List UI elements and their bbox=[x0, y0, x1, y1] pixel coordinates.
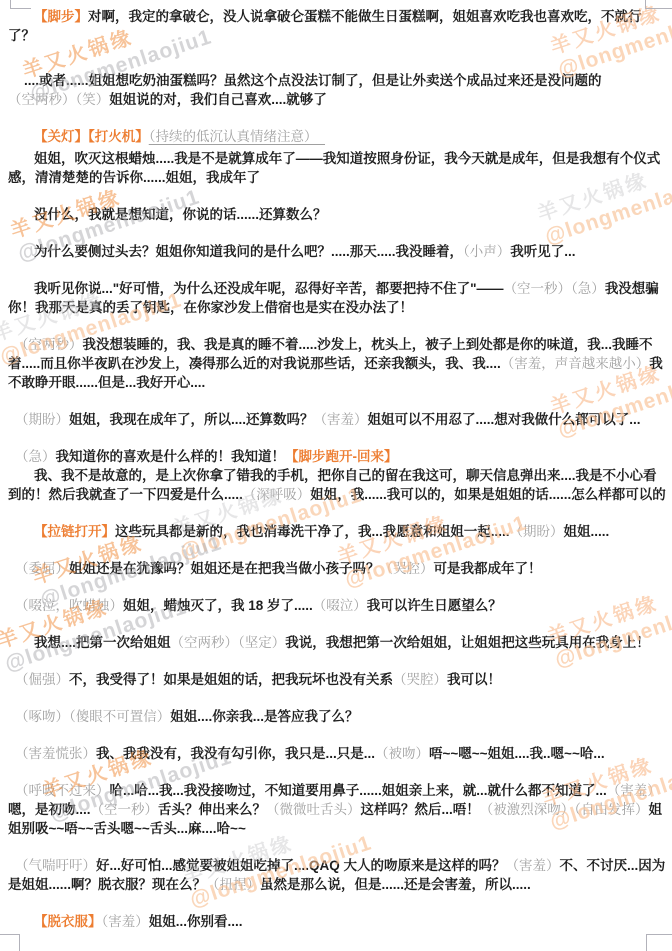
script-paragraph: （啄吻）（傻眼不可置信）姐姐....你亲我...是答应我了么？ bbox=[8, 707, 666, 726]
stage-direction: （空一秒）（急） bbox=[504, 281, 605, 296]
dialogue-text: 虽然是那么说，但是......还是会害羞，所以..... bbox=[260, 877, 531, 892]
script-paragraph: 姐姐，吹灭这根蜡烛.....我是不是就算成年了——我知道按照身份证，我今天就是成… bbox=[8, 149, 666, 187]
script-paragraph: 【脚步】对啊，我定的拿破仑，没人说拿破仑蛋糕不能做生日蛋糕啊，姐姐喜欢吃我也喜欢… bbox=[8, 7, 666, 45]
script-paragraph: 我听见你说..."好可惜，为什么还没成年呢，忍得好辛苦，都要把持不住了"——（空… bbox=[8, 279, 666, 317]
script-paragraph: （呼吸不过来）哈...哈...我...我没接吻过，不知道要用鼻子......姐姐… bbox=[8, 781, 666, 838]
dialogue-text: 我说，我想把第一次给姐姐，让姐姐把这些玩具用在我身上！ bbox=[285, 635, 650, 650]
script-paragraph: 【脱衣服】（害羞）姐姐...你别看.... bbox=[8, 912, 666, 931]
table-border-corner-bottom-left bbox=[0, 934, 20, 951]
dialogue-text: 哈...哈...我...我没接吻过，不知道要用鼻子......姐姐亲上来，就..… bbox=[110, 783, 607, 798]
dialogue-text: 不，我受得了！如果是姐姐的话，把我玩坏也没有关系 bbox=[69, 672, 393, 687]
sound-effect-tag: 【脱衣服】 bbox=[34, 914, 102, 929]
dialogue-text: 可是我都成年了！ bbox=[434, 561, 542, 576]
table-border-corner-bottom-right bbox=[646, 934, 672, 951]
dialogue-text: 姐姐...你别看.... bbox=[149, 914, 243, 929]
stage-direction: （被激烈深吻）（自由发挥） bbox=[480, 802, 649, 817]
sound-effect-tag: 【脚步跑开-回来】 bbox=[285, 449, 398, 464]
dialogue-text: 姐姐，蜡烛灭了，我 18 岁了..... bbox=[123, 598, 313, 613]
stage-direction: （空一秒） bbox=[91, 802, 159, 817]
stage-direction: （微微吐舌头） bbox=[266, 802, 361, 817]
script-paragraph: 【拉链打开】这些玩具都是新的，我也消毒洗干净了，我...我愿意和姐姐一起....… bbox=[8, 522, 666, 541]
script-paragraph: 为什么要侧过头去？姐姐你知道我问的是什么吧？.....那天.....我没睡着，（… bbox=[8, 242, 666, 261]
dialogue-text: 唔~~嗯~~姐姐....我..嗯~~哈... bbox=[429, 746, 605, 761]
dialogue-text: 没什么，我就是想知道，你说的话......还算数么？ bbox=[34, 207, 327, 222]
stage-direction: （害羞） bbox=[102, 914, 149, 929]
stage-direction: （害羞慌张） bbox=[15, 746, 96, 761]
stage-direction: （啜泣，吹蜡烛） bbox=[15, 598, 123, 613]
dialogue-text: 姐姐可以不用忍了.....想对我做什么都可以了... bbox=[368, 412, 641, 427]
dialogue-text: 好...好可怕...感觉要被姐姐吃掉了....QAQ 大人的吻原来是这样的吗？ bbox=[96, 858, 506, 873]
sound-effect-tag: 【关灯】【打火机】 bbox=[34, 129, 149, 144]
dialogue-text: 我听见你说..."好可惜，为什么还没成年呢，忍得好辛苦，都要把持不住了"—— bbox=[34, 281, 504, 296]
stage-direction: （害羞） bbox=[314, 412, 368, 427]
stage-direction: （扭捏） bbox=[206, 877, 260, 892]
dialogue-text: 姐姐，我现在成年了，所以....还算数吗？ bbox=[69, 412, 314, 427]
script-page: { "page": { "background": "#ffffff", "ta… bbox=[0, 0, 672, 951]
dialogue-text: 姐姐，我......我可以的，如果是姐姐的话......怎么样都可以的 bbox=[310, 487, 666, 502]
dialogue-text: 我想....把第一次给姐姐 bbox=[34, 635, 171, 650]
dialogue-text: 舌头？伸出来么？ bbox=[158, 802, 266, 817]
script-paragraph: （期盼）姐姐，我现在成年了，所以....还算数吗？（害羞）姐姐可以不用忍了...… bbox=[8, 410, 666, 429]
stage-direction: （空两秒）（坚定） bbox=[171, 635, 286, 650]
dialogue-text: 我、我我没有，我没有勾引你，我只是...只是... bbox=[96, 746, 375, 761]
stage-direction: （急） bbox=[15, 449, 56, 464]
script-paragraph: （空两秒）我没想装睡的，我、我是真的睡不着.....沙发上，枕头上，被子上到处都… bbox=[8, 335, 666, 392]
dialogue-text: 姐姐还是在犹豫吗？姐姐还是在把我当做小孩子吗？ bbox=[69, 561, 380, 576]
dialogue-text: 这些玩具都是新的，我也消毒洗干净了，我...我愿意和姐姐一起..... bbox=[115, 524, 510, 539]
script-paragraph: （啜泣，吹蜡烛）姐姐，蜡烛灭了，我 18 岁了.....（啜泣）我可以许生日愿望… bbox=[8, 596, 666, 615]
stage-direction: （哭腔） bbox=[380, 561, 434, 576]
script-paragraph: （委屈）姐姐还是在犹豫吗？姐姐还是在把我当做小孩子吗？（哭腔）可是我都成年了！ bbox=[8, 559, 666, 578]
stage-direction: （啜泣） bbox=[313, 598, 367, 613]
script-paragraph: （急）我知道你的喜欢是什么样的！我知道！【脚步跑开-回来】 bbox=[8, 447, 666, 466]
dialogue-text: 嗯，是初吻.... bbox=[8, 802, 91, 817]
table-border-corner-top-left bbox=[10, 0, 31, 9]
dialogue-text: 姐姐，吹灭这根蜡烛.....我是不是就算成年了——我知道按照身份证，我今天就是成… bbox=[8, 151, 660, 185]
sound-effect-tag: 【拉链打开】 bbox=[34, 524, 115, 539]
stage-direction: （小声） bbox=[463, 244, 510, 259]
dialogue-text: 对啊，我定的拿破仑，没人说拿破仑蛋糕不能做生日蛋糕啊，姐姐喜欢吃我也喜欢吃，不就… bbox=[8, 9, 642, 43]
dialogue-text: 为什么要侧过头去？姐姐你知道我问的是什么吧？.....那天.....我没睡着， bbox=[34, 244, 463, 259]
script-paragraph: 我、我不是故意的，是上次你拿了错我的手机，把你自己的留在我这可，聊天信息弹出来.… bbox=[8, 466, 666, 504]
dialogue-text: 姐姐....你亲我...是答应我了么？ bbox=[170, 709, 358, 724]
stage-direction: （气喘吁吁） bbox=[15, 858, 96, 873]
stage-direction: （害羞） bbox=[607, 783, 661, 798]
script-paragraph: （倔强）不，我受得了！如果是姐姐的话，把我玩坏也没有关系（哭腔）我可以！ bbox=[8, 670, 666, 689]
dialogue-text: 我可以！ bbox=[447, 672, 501, 687]
dialogue-text: 姐姐说的对，我们自己喜欢....就够了 bbox=[109, 92, 327, 107]
stage-direction: （害羞） bbox=[506, 858, 560, 873]
stage-direction: （被吻） bbox=[375, 746, 429, 761]
dialogue-text: 姐姐..... bbox=[564, 524, 610, 539]
sound-effect-tag: 【脚步】 bbox=[34, 9, 88, 24]
script-paragraph: 【关灯】【打火机】（持续的低沉认真情绪注意） bbox=[8, 127, 666, 146]
script-paragraph: 没什么，我就是想知道，你说的话......还算数么？ bbox=[8, 205, 666, 224]
script-body: 【脚步】对啊，我定的拿破仑，没人说拿破仑蛋糕不能做生日蛋糕啊，姐姐喜欢吃我也喜欢… bbox=[8, 7, 666, 949]
dialogue-text: 我知道你的喜欢是什么样的！我知道！ bbox=[56, 449, 286, 464]
dialogue-text: ....或者......姐姐想吃奶油蛋糕吗？虽然这个点没法订制了，但是让外卖送个… bbox=[24, 73, 602, 88]
tone-note-underlined: （持续的低沉认真情绪注意） bbox=[149, 129, 325, 144]
script-paragraph: （害羞慌张）我、我我没有，我没有勾引你，我只是...只是...（被吻）唔~~嗯~… bbox=[8, 744, 666, 763]
stage-direction: （委屈） bbox=[15, 561, 69, 576]
stage-direction: （深呼吸） bbox=[243, 487, 311, 502]
dialogue-text: 这样吗？然后...唔！ bbox=[361, 802, 480, 817]
stage-direction: （期盼） bbox=[510, 524, 564, 539]
stage-direction: （倔强） bbox=[15, 672, 69, 687]
dialogue-text: 我可以许生日愿望么？ bbox=[367, 598, 502, 613]
script-paragraph: 我想....把第一次给姐姐（空两秒）（坚定）我说，我想把第一次给姐姐，让姐姐把这… bbox=[8, 633, 666, 652]
table-border-corner-top-right bbox=[645, 0, 672, 9]
stage-direction: （空两秒）（笑） bbox=[8, 92, 109, 107]
script-paragraph: （气喘吁吁）好...好可怕...感觉要被姐姐吃掉了....QAQ 大人的吻原来是… bbox=[8, 856, 666, 894]
stage-direction: （期盼） bbox=[15, 412, 69, 427]
stage-direction: （啄吻）（傻眼不可置信） bbox=[15, 709, 170, 724]
dialogue-text: 我听见了... bbox=[510, 244, 575, 259]
stage-direction: （哭腔） bbox=[393, 672, 447, 687]
stage-direction: （害羞，声音越来越小） bbox=[501, 356, 650, 371]
script-paragraph: ....或者......姐姐想吃奶油蛋糕吗？虽然这个点没法订制了，但是让外卖送个… bbox=[8, 71, 666, 109]
stage-direction: （空两秒） bbox=[15, 337, 83, 352]
stage-direction: （呼吸不过来） bbox=[15, 783, 110, 798]
